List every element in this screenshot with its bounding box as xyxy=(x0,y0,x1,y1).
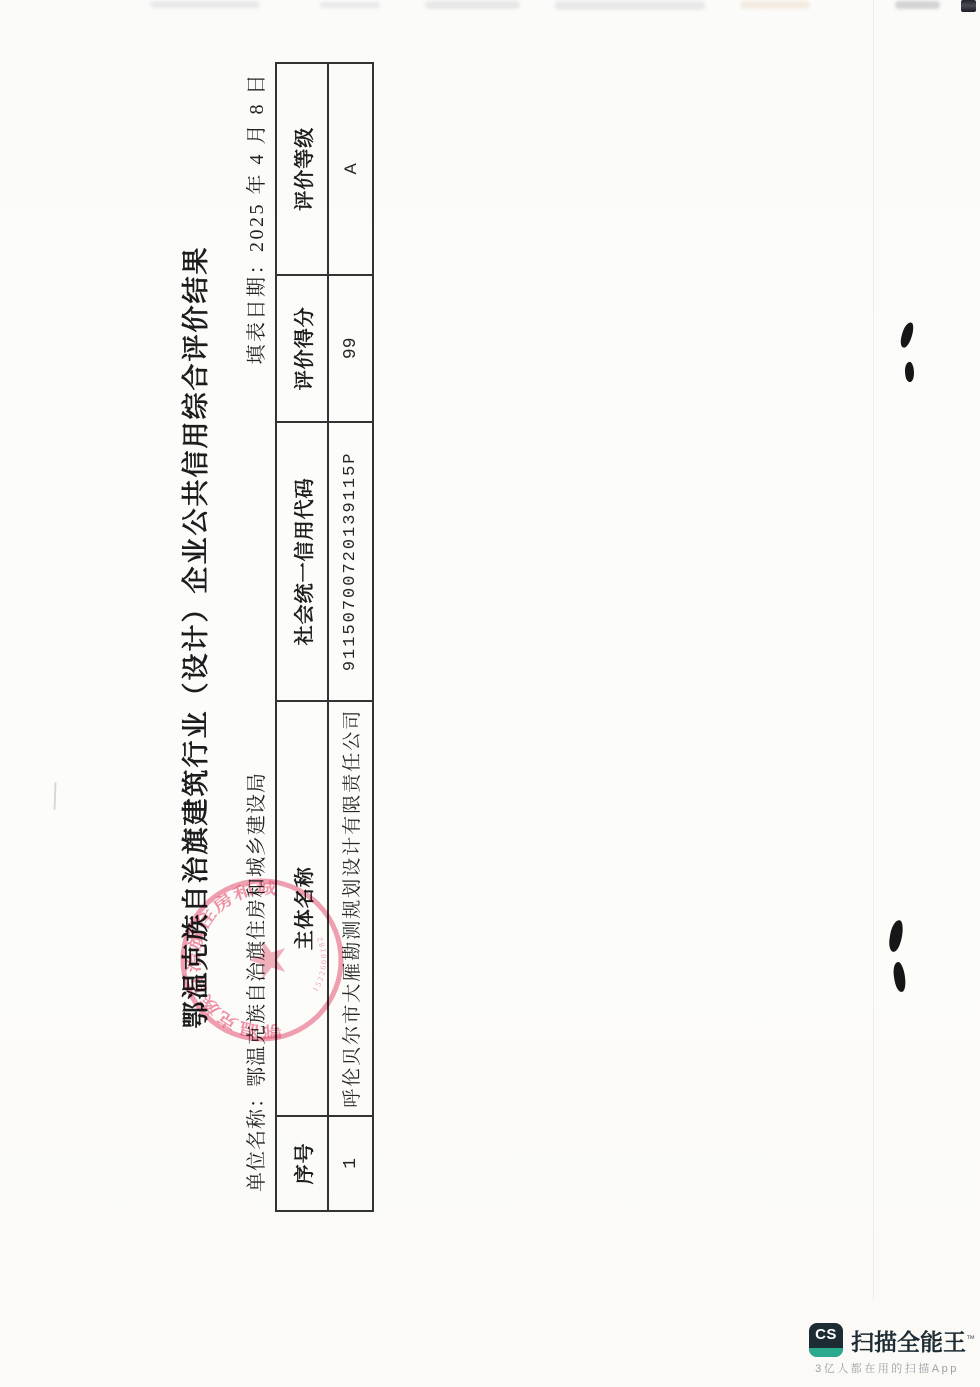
logo-initials: CS xyxy=(809,1326,843,1343)
cell-credit-code: 91150700720139115P xyxy=(328,422,373,701)
table-header-row: 序号 主体名称 社会统一信用代码 评价得分 评价等级 xyxy=(276,63,328,1211)
camscanner-logo-icon: CS xyxy=(809,1323,843,1357)
app-name: 扫描全能王™ xyxy=(851,1324,975,1357)
unit-name-label: 单位名称： xyxy=(246,1087,268,1192)
camscanner-watermark: CS 扫描全能王™ 3亿人都在用的扫描App xyxy=(809,1323,965,1376)
unit-name-value: 鄂温克族自治旗住房和城乡建设局 xyxy=(246,772,268,1087)
app-tagline: 3亿人都在用的扫描App xyxy=(809,1360,965,1376)
fill-date-value: 2025 年 4 月 8 日 xyxy=(246,72,268,252)
cell-score: 99 xyxy=(328,275,373,422)
meta-row: 单位名称：鄂温克族自治旗住房和城乡建设局 填表日期：2025 年 4 月 8 日 xyxy=(234,62,272,1212)
unit-name-line: 单位名称：鄂温克族自治旗住房和城乡建设局 xyxy=(240,772,269,1192)
corner-artifact xyxy=(961,0,976,12)
bleed-through-smudge xyxy=(740,1,810,9)
bleed-through-smudge xyxy=(150,1,260,8)
cell-serial-number: 1 xyxy=(328,1116,373,1211)
bleed-through-smudge xyxy=(320,2,380,8)
document-title: 鄂温克族自治旗建筑行业（设计）企业公共信用综合评价结果 xyxy=(174,62,220,1212)
header-grade: 评价等级 xyxy=(276,63,328,275)
cell-grade: A xyxy=(328,63,373,275)
header-serial-number: 序号 xyxy=(276,1116,328,1211)
bleed-through-smudge xyxy=(555,1,705,10)
fill-date-label: 填表日期： xyxy=(246,252,268,365)
header-score: 评价得分 xyxy=(276,275,328,422)
fill-date-line: 填表日期：2025 年 4 月 8 日 xyxy=(240,72,269,365)
cell-entity-name: 呼伦贝尔市大雁勘测规划设计有限责任公司 xyxy=(328,701,373,1116)
header-credit-code: 社会统一信用代码 xyxy=(276,422,328,701)
logo-teal-strip xyxy=(809,1348,843,1357)
document-page: 鄂温克族自治旗建筑行业（设计）企业公共信用综合评价结果 单位名称：鄂温克族自治旗… xyxy=(0,0,980,1387)
paper-edge-line xyxy=(873,0,874,1300)
credit-evaluation-table: 序号 主体名称 社会统一信用代码 评价得分 评价等级 1 呼伦贝尔市大雁勘测规划… xyxy=(275,62,374,1212)
table-row: 1 呼伦贝尔市大雁勘测规划设计有限责任公司 91150700720139115P… xyxy=(328,63,373,1211)
scanned-document: 鄂温克族自治旗建筑行业（设计）企业公共信用综合评价结果 单位名称：鄂温克族自治旗… xyxy=(0,0,980,1387)
bleed-through-smudge xyxy=(425,1,520,9)
header-entity-name: 主体名称 xyxy=(276,701,328,1116)
trademark-symbol: ™ xyxy=(966,1333,975,1343)
bleed-through-smudge xyxy=(895,1,940,9)
